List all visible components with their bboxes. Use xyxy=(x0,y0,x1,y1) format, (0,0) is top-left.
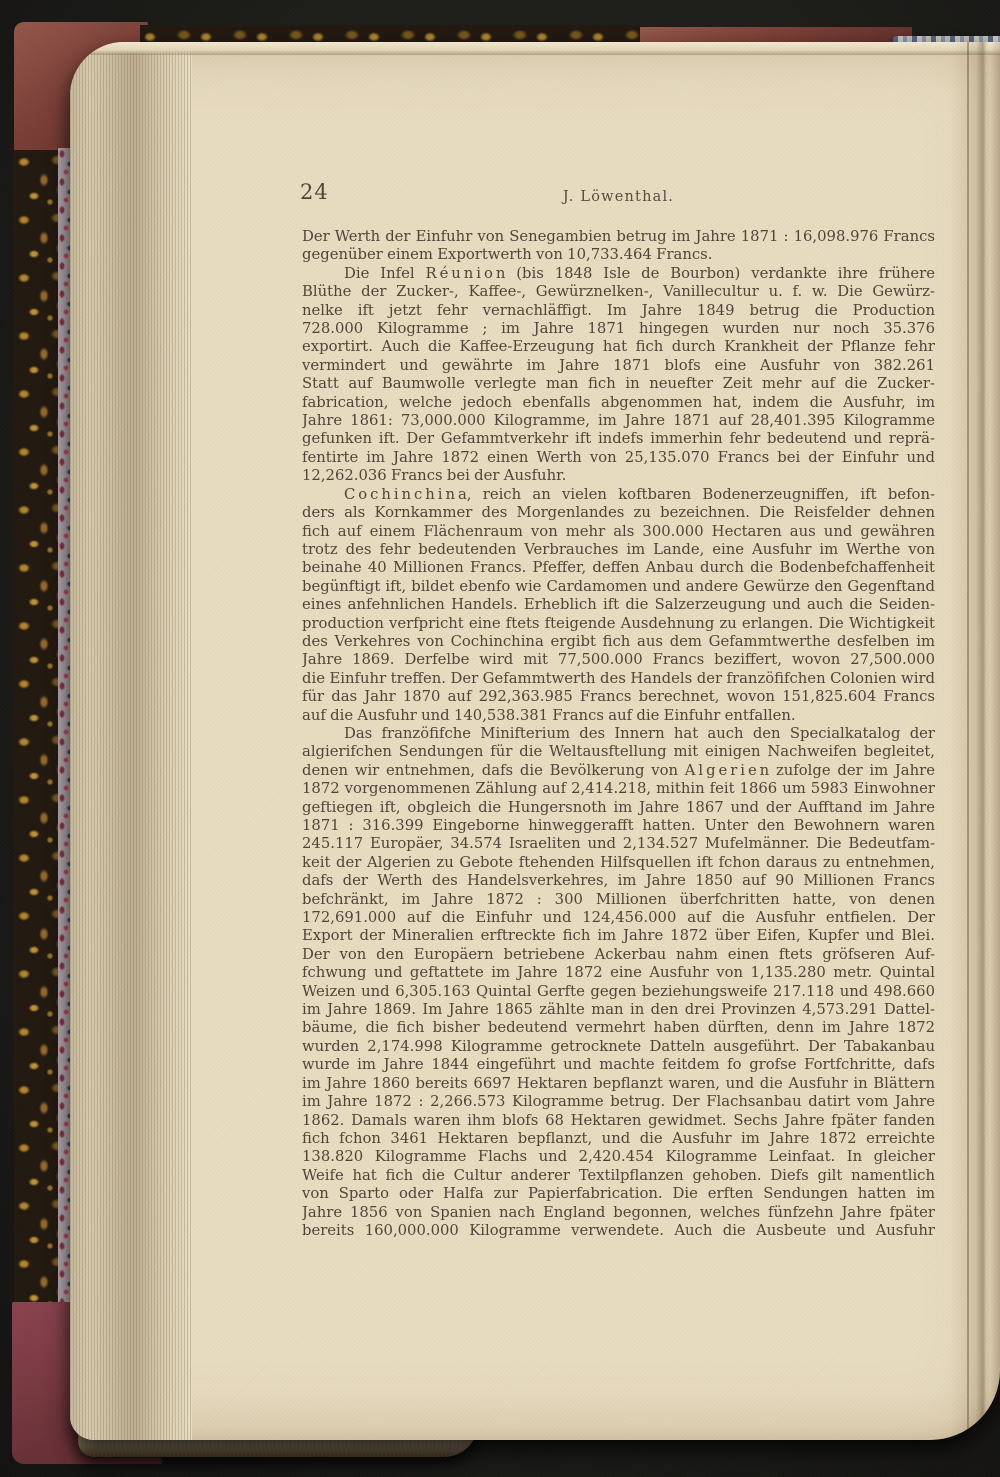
text-line: 1872 vorgenommenen Zählung auf 2,414.218… xyxy=(302,780,935,798)
text-line: 728.000 Kilogramme ; im Jahre 1871 hinge… xyxy=(302,320,935,338)
text-line: von Sparto oder Halfa zur Papierfabricat… xyxy=(302,1185,935,1203)
marbled-board-left-edge xyxy=(14,150,64,1310)
text-line: 138.820 Kilogramme Flachs und 2,420.454 … xyxy=(302,1148,935,1166)
text-line: Jahre 1856 von Spanien nach England bego… xyxy=(302,1204,935,1222)
running-header: J. Löwenthal. xyxy=(302,189,935,205)
text-line: wurden 2,174.998 Kilogramme getrocknete … xyxy=(302,1038,935,1056)
text-line: wurde im Jahre 1844 eingeführt und macht… xyxy=(302,1056,935,1074)
text-line: eines anfehnlichen Handels. Erheblich if… xyxy=(302,596,935,614)
text-line: trotz des fehr bedeutenden Verbrauches i… xyxy=(302,541,935,559)
text-line: fabrication, welche jedoch ebenfalls abg… xyxy=(302,394,935,412)
text-line: beinahe 40 Millionen Francs. Pfeffer, de… xyxy=(302,559,935,577)
text-line: nelke ift jetzt fehr vernachläffigt. Im … xyxy=(302,302,935,320)
text-column: Der Werth der Einfuhr von Senegambien be… xyxy=(302,228,935,1240)
text-line: geftiegen ift, obgleich die Hungersnoth … xyxy=(302,799,935,817)
text-line: Blüthe der Zucker-, Kaffee-, Gewürznelke… xyxy=(302,283,935,301)
book-scan: 24 J. Löwenthal. Der Werth der Einfuhr v… xyxy=(0,0,1000,1477)
text-line: C o c h i n c h i n a, reich an vielen k… xyxy=(302,486,935,504)
text-line: algierifchen Sendungen für die Weltausft… xyxy=(302,743,935,761)
text-line: die Einfuhr treffen. Der Gefammtwerth de… xyxy=(302,670,935,688)
text-line: denen wir entnehmen, dafs die Bevölkerun… xyxy=(302,762,935,780)
text-line: gegenüber einem Exportwerth von 10,733.4… xyxy=(302,246,935,264)
text-line: 245.117 Europäer, 34.574 Israeliten und … xyxy=(302,835,935,853)
text-line: bereits 160,000.000 Kilogramme verwendet… xyxy=(302,1222,935,1240)
text-line: Jahre 1861: 73,000.000 Kilogramme, im Ja… xyxy=(302,412,935,430)
text-line: Das franzöfifche Minifterium des Innern … xyxy=(302,725,935,743)
text-line: vermindert und gewährte im Jahre 1871 bl… xyxy=(302,357,935,375)
text-line: im Jahre 1872 : 2,266.573 Kilogramme bet… xyxy=(302,1093,935,1111)
text-line: Der von den Europäern betriebene Ackerba… xyxy=(302,946,935,964)
text-line: auf die Ausfuhr und 140,538.381 Francs a… xyxy=(302,707,935,725)
text-line: Jahre 1869. Derfelbe wird mit 77,500.000… xyxy=(302,651,935,669)
text-line: Weizen und 6,305.163 Quintal Gerfte gege… xyxy=(302,983,935,1001)
text-line: 12,262.036 Francs bei der Ausfuhr. xyxy=(302,467,935,485)
text-line: Weife hat fich die Cultur anderer Textil… xyxy=(302,1167,935,1185)
text-line: fich fchon 3461 Hektaren bepflanzt, und … xyxy=(302,1130,935,1148)
text-line: fentirte im Jahre 1872 einen Werth von 2… xyxy=(302,449,935,467)
fore-edge-pages xyxy=(70,42,192,1440)
text-line: gefunken ift. Der Gefammtverkehr ift ind… xyxy=(302,430,935,448)
text-line: Die Infel R é u n i o n (bis 1848 Isle d… xyxy=(302,265,935,283)
text-line: des Verkehres von Cochinchina ergibt fic… xyxy=(302,633,935,651)
text-line: 1862. Damals waren ihm blofs 68 Hektaren… xyxy=(302,1112,935,1130)
page-top-edge xyxy=(70,42,1000,55)
text-line: keit der Algerien zu Gebote ftehenden Hi… xyxy=(302,854,935,872)
gutter-shadow xyxy=(950,42,1000,1440)
text-line: fchwung und geftattete im Jahre 1872 ein… xyxy=(302,964,935,982)
text-line: 1871 : 316.399 Eingeborne hinweggerafft … xyxy=(302,817,935,835)
text-line: exportirt. Auch die Kaffee-Erzeugung hat… xyxy=(302,338,935,356)
text-line: im Jahre 1860 bereits 6697 Hektaren bepf… xyxy=(302,1075,935,1093)
text-line: ders als Kornkammer des Morgenlandes zu … xyxy=(302,504,935,522)
text-line: bäume, die fich bisher bedeutend vermehr… xyxy=(302,1019,935,1037)
text-line: Statt auf Baumwolle verlegte man fich in… xyxy=(302,375,935,393)
gutter-crease xyxy=(967,42,969,1440)
text-line: für das Jahr 1870 auf 292,363.985 Francs… xyxy=(302,688,935,706)
text-line: Export der Mineralien erftreckte fich im… xyxy=(302,927,935,945)
text-line: fich auf einem Flächenraum von mehr als … xyxy=(302,523,935,541)
text-line: 172,691.000 auf die Einfuhr und 124,456.… xyxy=(302,909,935,927)
text-line: Der Werth der Einfuhr von Senegambien be… xyxy=(302,228,935,246)
text-line: dafs der Werth des Handelsverkehres, im … xyxy=(302,872,935,890)
text-line: im Jahre 1869. Im Jahre 1865 zählte man … xyxy=(302,1001,935,1019)
text-line: begünftigt ift, bildet ebenfo wie Cardam… xyxy=(302,578,935,596)
text-line: befchränkt, im Jahre 1872 : 300 Millione… xyxy=(302,891,935,909)
text-line: production verfpricht eine ftets fteigen… xyxy=(302,615,935,633)
